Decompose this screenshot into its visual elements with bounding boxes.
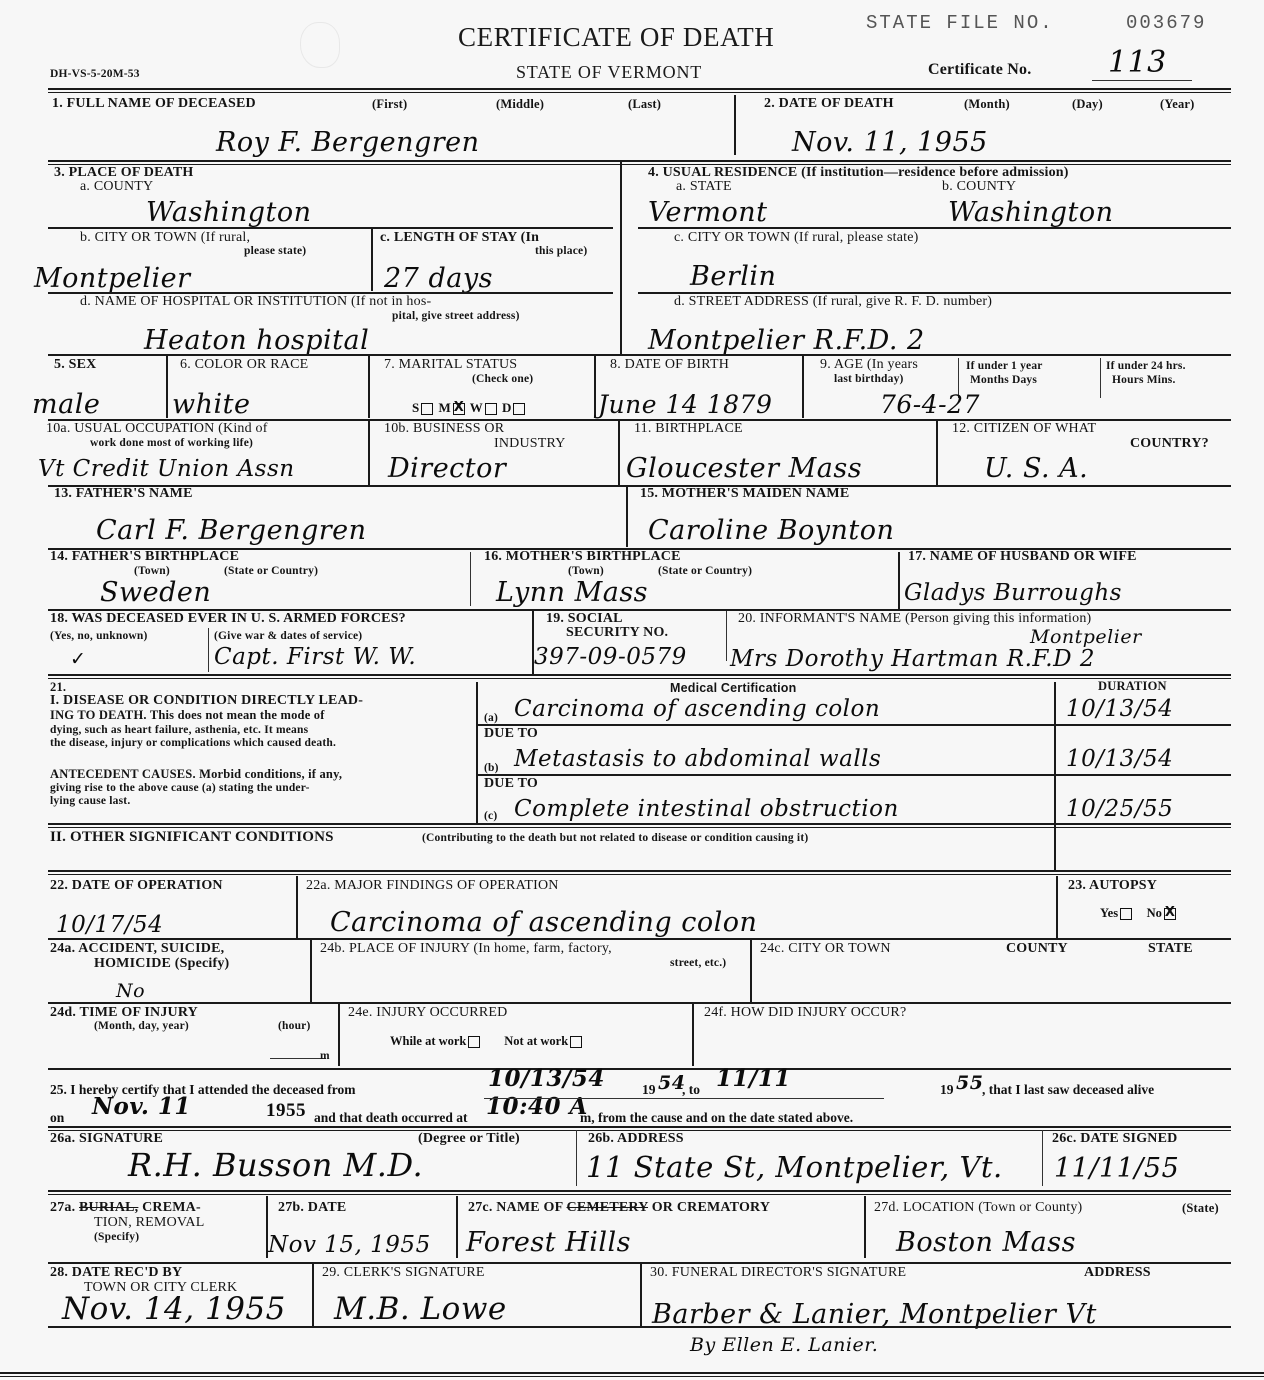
f26a-label: 26a. SIGNATURE <box>50 1132 163 1146</box>
f26b-value: 11 State St, Montpelier, Vt. <box>586 1152 1003 1182</box>
f29-signature: M.B. Lowe <box>334 1294 507 1324</box>
f21-part1-title: I. DISEASE OR CONDITION DIRECTLY LEAD- <box>50 694 363 708</box>
marital-d-checkbox[interactable] <box>513 403 525 415</box>
f20-label: 20. INFORMANT'S NAME (Person giving this… <box>738 612 1091 626</box>
f25-to-value: 11/11 <box>716 1066 791 1092</box>
divider <box>208 628 209 672</box>
f25-to-word: , to <box>682 1082 700 1098</box>
f9-label: 9. AGE (In years <box>820 358 918 372</box>
f9-label2: last birthday) <box>834 373 904 385</box>
f16-town: (Town) <box>568 565 604 577</box>
divider <box>476 682 478 824</box>
f4-b-label: b. COUNTY <box>942 180 1016 194</box>
f22-value: 10/17/54 <box>56 912 163 938</box>
f10a-value: Vt Credit Union Assn <box>38 456 295 482</box>
f10a-label2: work done most of working life) <box>90 437 253 449</box>
form-code: DH-VS-5-20M-53 <box>50 68 140 80</box>
f8-label: 8. DATE OF BIRTH <box>610 358 729 372</box>
f3-a-label: a. COUNTY <box>80 180 153 194</box>
f21-part2-label: II. OTHER SIGNIFICANT CONDITIONS <box>50 830 334 844</box>
f26c-label: 26c. DATE SIGNED <box>1052 1132 1177 1146</box>
divider <box>626 487 628 547</box>
f3-label: 3. PLACE OF DEATH <box>54 166 194 180</box>
f26c-value: 11/11/55 <box>1054 1154 1179 1184</box>
f4-a-label: a. STATE <box>676 180 732 194</box>
f7-label2: (Check one) <box>472 373 533 385</box>
f3-a-value: Washington <box>146 198 312 228</box>
rule <box>48 1326 1231 1328</box>
state-file-no-label: STATE FILE NO. <box>866 12 1054 34</box>
f18-yn-label: (Yes, no, unknown) <box>50 630 148 642</box>
f24f-label: 24f. HOW DID INJURY OCCUR? <box>704 1006 906 1020</box>
f14-town: (Town) <box>134 565 170 577</box>
option-s-label: S <box>412 400 419 415</box>
f27b-label: 27b. DATE <box>278 1201 346 1215</box>
divider <box>312 1264 314 1326</box>
f6-label: 6. COLOR OR RACE <box>180 358 308 372</box>
f4-a-value: Vermont <box>648 198 768 228</box>
f27c-label: 27c. NAME OF <box>468 1200 563 1215</box>
f1-last: (Last) <box>628 98 661 111</box>
f9-under24-sub: Hours Mins. <box>1112 374 1176 386</box>
f20-value: Mrs Dorothy Hartman R.F.D 2 <box>730 646 1095 672</box>
marital-status-options: S M W D <box>412 400 527 416</box>
f25-text2: , that I last saw deceased alive <box>982 1082 1154 1098</box>
certificate-subtitle: STATE OF VERMONT <box>516 62 702 83</box>
divider <box>802 356 804 418</box>
certificate-no-label: Certificate No. <box>928 63 1031 77</box>
f18-war-label: (Give war & dates of service) <box>214 630 362 642</box>
f11-label: 11. BIRTHPLACE <box>634 422 743 436</box>
f27a-number: 27a. <box>50 1200 75 1215</box>
f21-antecedent-line-2: giving rise to the above cause (a) stati… <box>50 782 310 794</box>
cause-b-letter: (b) <box>484 762 499 774</box>
rule <box>48 674 1231 679</box>
rule <box>48 227 613 229</box>
f30-address: ADDRESS <box>1084 1266 1151 1280</box>
f24c-county: COUNTY <box>1006 942 1068 956</box>
f24d-label2: (Month, day, year) <box>94 1020 189 1032</box>
divider <box>620 162 622 354</box>
f30-label: 30. FUNERAL DIRECTOR'S SIGNATURE <box>650 1266 906 1280</box>
divider <box>1054 682 1056 870</box>
medical-certification-label: Medical Certification <box>670 682 796 695</box>
f25-on-word: on <box>50 1110 64 1126</box>
f4-label: 4. USUAL RESIDENCE (If institution—resid… <box>648 166 1069 180</box>
f19-label2: SECURITY NO. <box>566 626 668 640</box>
cause-c-value: Complete intestinal obstruction <box>514 796 899 822</box>
certificate-no: 113 <box>1108 48 1167 78</box>
rule <box>638 227 1231 229</box>
option-d-label: D <box>502 400 511 415</box>
f27c-struck-cemetery: CEMETERY <box>567 1200 649 1215</box>
cause-b-duration: 10/13/54 <box>1066 746 1173 772</box>
f24b-label2: street, etc.) <box>670 957 726 969</box>
f15-value: Caroline Boynton <box>648 516 894 546</box>
f12-value: U. S. A. <box>984 454 1088 484</box>
f15-label: 15. MOTHER'S MAIDEN NAME <box>640 487 849 501</box>
rule <box>48 823 1231 828</box>
cause-a-value: Carcinoma of ascending colon <box>514 696 880 722</box>
f18-label: 18. WAS DECEASED EVER IN U. S. ARMED FOR… <box>50 612 406 626</box>
f3-b-label: b. CITY OR TOWN (If rural, <box>80 231 250 245</box>
due-to-2: DUE TO <box>484 777 538 791</box>
f29-label: 29. CLERK'S SIGNATURE <box>322 1266 485 1280</box>
f1-middle: (Middle) <box>496 98 544 111</box>
f25-certification: 25. I hereby certify that I attended the… <box>50 1072 1240 1126</box>
f24d-hour: (hour) <box>278 1020 311 1032</box>
f22-label: 22. DATE OF OPERATION <box>50 879 223 893</box>
f25-on-year: 1955 <box>266 1100 306 1122</box>
injury-occurred-options: While at work Not at work <box>390 1034 584 1049</box>
f10b-label2: INDUSTRY <box>494 437 566 451</box>
rule <box>48 354 1231 356</box>
autopsy-no-checkbox[interactable] <box>1164 908 1176 920</box>
f5-label: 5. SEX <box>54 358 96 372</box>
f2-month: (Month) <box>964 98 1010 111</box>
f13-value: Carl F. Bergengren <box>96 516 367 546</box>
f24c-state: STATE <box>1148 942 1193 956</box>
f25-on-value: Nov. 11 <box>92 1094 191 1120</box>
divider <box>470 552 471 606</box>
f24d-label: 24d. TIME OF INJURY <box>50 1006 198 1020</box>
blank-line <box>484 1098 884 1099</box>
f7-label: 7. MARITAL STATUS <box>384 358 517 372</box>
f24e-label: 24e. INJURY OCCURRED <box>348 1006 507 1020</box>
f16-label: 16. MOTHER'S BIRTHPLACE <box>484 550 681 564</box>
hour-line <box>270 1058 326 1059</box>
f9-under1-sub: Months Days <box>970 374 1037 386</box>
f21-antecedent-line-3: lying cause last. <box>50 795 130 807</box>
cause-b-value: Metastasis to abdominal walls <box>514 746 881 772</box>
rule <box>48 1190 1231 1195</box>
f25-year2-value: 55 <box>956 1072 983 1094</box>
f2-value: Nov. 11, 1955 <box>792 128 988 158</box>
f27d-value: Boston Mass <box>896 1228 1076 1258</box>
f27a-label2: TION, REMOVAL <box>94 1216 204 1230</box>
f23-label: 23. AUTOPSY <box>1068 879 1157 893</box>
divider <box>750 940 752 1002</box>
autopsy-yes-checkbox[interactable] <box>1120 908 1132 920</box>
divider <box>692 1004 694 1066</box>
f1-label: 1. FULL NAME OF DECEASED <box>52 97 256 111</box>
f25-from-value: 10/13/54 <box>488 1066 605 1092</box>
f3-c-label2: this place) <box>535 245 587 257</box>
marital-w-checkbox[interactable] <box>485 403 497 415</box>
f25-year2-prefix: 19 <box>940 1082 954 1098</box>
f19-value: 397-09-0579 <box>534 644 687 670</box>
f25-text4: m, from the cause and on the date stated… <box>580 1110 853 1126</box>
f13-label: 13. FATHER'S NAME <box>54 487 193 501</box>
autopsy-yes-label: Yes <box>1100 906 1118 920</box>
state-file-no: 003679 <box>1126 12 1206 34</box>
autopsy-no-label: No <box>1147 906 1162 920</box>
rule <box>48 870 1231 875</box>
f21-antecedent-line-1: ANTECEDENT CAUSES. Morbid conditions, if… <box>50 768 342 781</box>
while-at-work-checkbox[interactable] <box>468 1036 480 1048</box>
divider <box>1056 876 1058 938</box>
f22a-value: Carcinoma of ascending colon <box>330 908 757 938</box>
cause-a-duration: 10/13/54 <box>1066 696 1173 722</box>
f8-value: June 14 1879 <box>598 390 772 420</box>
top-rule <box>48 88 1231 93</box>
f18-war-value: Capt. First W. W. <box>214 644 416 670</box>
f26b-label: 26b. ADDRESS <box>588 1132 684 1146</box>
f11-value: Gloucester Mass <box>626 454 862 484</box>
divider <box>734 95 736 155</box>
f3-c-label: c. LENGTH OF STAY (In <box>380 231 539 245</box>
f28-label: 28. DATE REC'D BY <box>50 1266 182 1280</box>
f2-label: 2. DATE OF DEATH <box>764 97 894 111</box>
rule <box>478 774 1231 776</box>
divider <box>594 356 596 418</box>
f4-b-value: Washington <box>948 198 1114 228</box>
f3-b-label2: please state) <box>244 245 306 257</box>
divider <box>368 421 370 485</box>
f27c-label-row: 27c. NAME OF CEMETERY OR CREMATORY <box>468 1201 770 1215</box>
bottom-rule <box>0 1372 1264 1377</box>
f24d-m: m <box>320 1050 330 1062</box>
divider <box>166 356 168 418</box>
f27a-label: 27a. BURIAL, CREMA- <box>50 1201 201 1215</box>
f1-first: (First) <box>372 98 407 111</box>
divider <box>576 1130 577 1186</box>
f24b-label: 24b. PLACE OF INJURY (In home, farm, fac… <box>320 942 612 956</box>
f24a-label2: HOMICIDE (Specify) <box>94 957 229 971</box>
f27b-value: Nov 15, 1955 <box>268 1232 431 1258</box>
f3-b-value: Montpelier <box>34 264 191 294</box>
divider <box>898 552 900 610</box>
duration-label: DURATION <box>1098 680 1167 693</box>
f3-c-value: 27 days <box>384 264 493 294</box>
certificate-no-underline <box>1092 80 1192 81</box>
f3-d-label: d. NAME OF HOSPITAL OR INSTITUTION (If n… <box>80 295 431 309</box>
cause-a-letter: (a) <box>484 712 498 724</box>
f10a-label: 10a. USUAL OCCUPATION (Kind of <box>46 422 268 436</box>
rule <box>48 1002 1231 1004</box>
option-m-label: M <box>438 400 450 415</box>
divider <box>864 1196 866 1258</box>
f24a-value: No <box>116 980 145 1002</box>
f14-value: Sweden <box>100 578 211 608</box>
f30-value2: By Ellen E. Lanier. <box>690 1334 878 1356</box>
f4-d-label: d. STREET ADDRESS (If rural, give R. F. … <box>674 295 992 309</box>
seal-emblem-icon <box>300 22 340 68</box>
f21-part2-note: (Contributing to the death but not relat… <box>422 832 808 844</box>
f20-value-above: Montpelier <box>1030 626 1142 648</box>
f14-label: 14. FATHER'S BIRTHPLACE <box>50 550 239 564</box>
divider <box>456 1196 458 1258</box>
not-at-work-label: Not at work <box>504 1034 568 1048</box>
f9-value: 76-4-27 <box>880 390 980 420</box>
rule <box>478 724 1231 726</box>
f18-yn-value: ✓ <box>70 648 86 670</box>
f21-part1-line-3: the disease, injury or complications whi… <box>50 737 336 749</box>
f21-part1-line-2: dying, such as heart failure, asthenia, … <box>50 724 308 736</box>
f4-c-value: Berlin <box>690 262 776 292</box>
cause-c-duration: 10/25/55 <box>1066 796 1173 822</box>
f16-state: (State or Country) <box>658 565 752 577</box>
f27c-value: Forest Hills <box>466 1228 631 1258</box>
f1-value: Roy F. Bergengren <box>216 128 480 158</box>
f27d-label: 27d. LOCATION (Town or County) <box>874 1201 1082 1215</box>
f27c-crematory: OR CREMATORY <box>652 1200 770 1215</box>
f22a-label: 22a. MAJOR FINDINGS OF OPERATION <box>306 879 559 893</box>
option-w-label: W <box>470 400 483 415</box>
f4-c-label: c. CITY OR TOWN (If rural, please state) <box>674 231 919 245</box>
divider <box>1042 1130 1043 1186</box>
divider <box>640 1264 642 1326</box>
rule <box>48 1068 1231 1070</box>
f25-text3: and that death occurred at <box>314 1110 468 1126</box>
f4-d-value: Montpelier R.F.D. 2 <box>648 326 925 356</box>
f10b-label: 10b. BUSINESS OR <box>384 422 504 436</box>
marital-s-checkbox[interactable] <box>421 403 433 415</box>
f24c-label: 24c. CITY OR TOWN <box>760 942 891 956</box>
f28-value: Nov. 14, 1955 <box>62 1294 286 1324</box>
f12-label: 12. CITIZEN OF WHAT <box>952 422 1096 436</box>
f16-value: Lynn Mass <box>496 578 648 608</box>
rule <box>48 938 1231 940</box>
divider <box>371 229 373 291</box>
f19-label: 19. SOCIAL <box>546 612 623 626</box>
f27d-state: (State) <box>1182 1202 1219 1215</box>
divider <box>1100 358 1101 398</box>
divider <box>368 356 370 418</box>
f9-under1-label: If under 1 year <box>966 360 1043 372</box>
f6-value: white <box>172 390 250 420</box>
f3-d-label2: pital, give street address) <box>392 310 520 322</box>
marital-m-checkbox[interactable] <box>453 403 465 415</box>
f27a-cremation: CREMA- <box>142 1200 201 1215</box>
autopsy-options: Yes No <box>1100 906 1178 921</box>
while-at-work-label: While at work <box>390 1034 466 1048</box>
f9-under24-label: If under 24 hrs. <box>1106 360 1186 372</box>
divider <box>618 421 620 485</box>
cause-c-letter: (c) <box>484 810 497 822</box>
f2-year: (Year) <box>1160 98 1195 111</box>
f2-day: (Day) <box>1072 98 1103 111</box>
divider <box>310 940 312 1002</box>
divider <box>936 421 938 485</box>
divider <box>726 611 727 661</box>
divider <box>296 876 298 938</box>
f5-value: male <box>32 390 100 420</box>
f3-d-value: Heaton hospital <box>144 326 369 356</box>
f17-label: 17. NAME OF HUSBAND OR WIFE <box>908 550 1137 564</box>
f25-year1-prefix: 19 <box>642 1082 656 1098</box>
not-at-work-checkbox[interactable] <box>570 1036 582 1048</box>
f24a-label: 24a. ACCIDENT, SUICIDE, <box>50 942 224 956</box>
f14-state: (State or Country) <box>224 565 318 577</box>
certificate-title: CERTIFICATE OF DEATH <box>458 22 774 53</box>
f26a-degree: (Degree or Title) <box>418 1132 520 1146</box>
divider <box>338 1004 340 1066</box>
f17-value: Gladys Burroughs <box>904 580 1122 606</box>
due-to-1: DUE TO <box>484 727 538 741</box>
f27a-label3: (Specify) <box>94 1231 139 1243</box>
f10b-value: Director <box>388 454 506 484</box>
f27a-struck-burial: BURIAL, <box>79 1200 138 1215</box>
f12-label2: COUNTRY? <box>1130 437 1209 451</box>
f26a-signature: R.H. Busson M.D. <box>128 1150 423 1180</box>
f21-part1-line-1: ING TO DEATH. This does not mean the mod… <box>50 709 325 722</box>
